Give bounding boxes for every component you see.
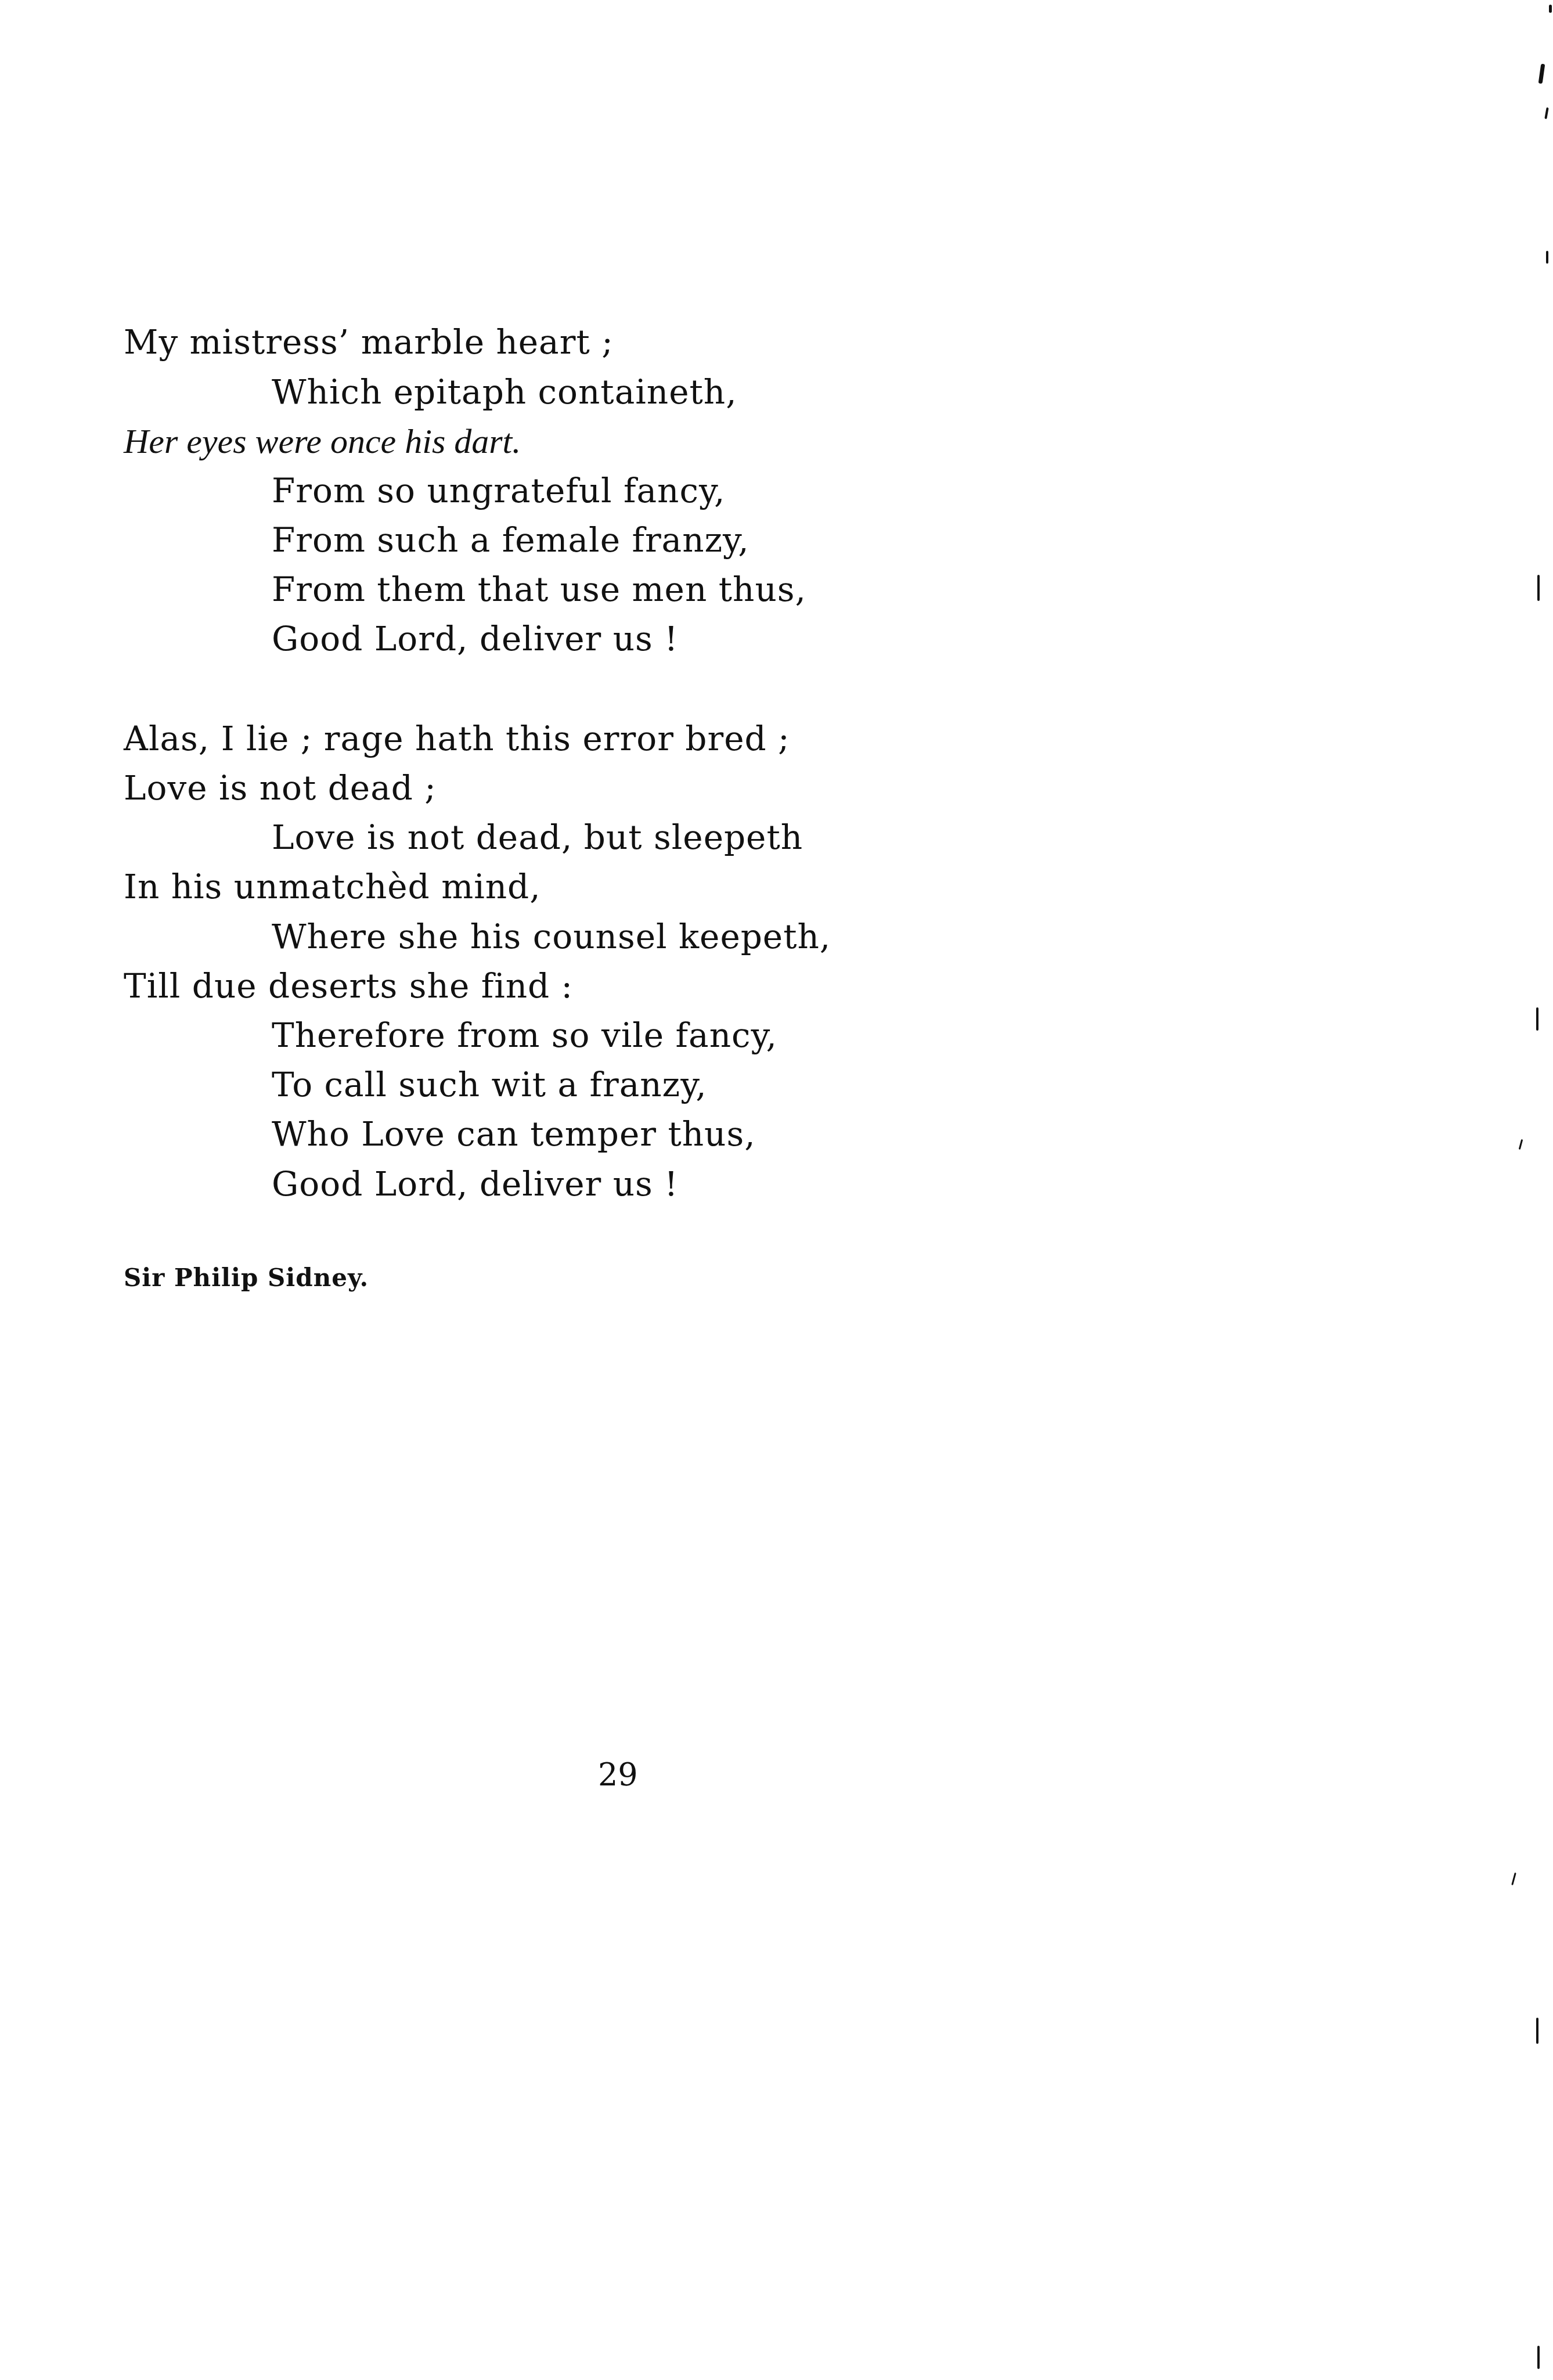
verse-line: Alas, I lie ; rage hath this error bred …	[124, 722, 790, 755]
verse-line: Good Lord, deliver us !	[272, 622, 679, 656]
scan-artifact-mark	[1549, 5, 1552, 13]
verse-line: From them that use men thus,	[272, 573, 806, 606]
verse-line: Where she his counsel keepeth,	[272, 920, 831, 953]
verse-line: My mistress’ marble heart ;	[124, 325, 614, 359]
scan-artifact-mark	[1519, 1139, 1523, 1150]
scan-artifact-mark	[1537, 575, 1540, 601]
verse-line: From such a female franzy,	[272, 523, 750, 557]
scan-artifact-mark	[1544, 107, 1548, 119]
scan-artifact-mark	[1546, 251, 1548, 264]
verse-line: From so ungrateful fancy,	[272, 474, 725, 507]
verse-line: Which epitaph containeth,	[272, 375, 737, 409]
scan-artifact-mark	[1538, 64, 1545, 84]
author-attribution: Sir Philip Sidney.	[124, 1266, 369, 1290]
scan-artifact-mark	[1536, 1007, 1538, 1031]
verse-line: Love is not dead, but sleepeth	[272, 820, 803, 854]
scan-artifact-mark	[1536, 2018, 1538, 2044]
page-number: 29	[598, 1759, 638, 1791]
verse-line-italic: Her eyes were once his dart.	[124, 424, 521, 459]
verse-line: To call such wit a franzy,	[272, 1068, 707, 1101]
verse-line: Love is not dead ;	[124, 771, 437, 805]
book-page: My mistress’ marble heart ; Which epitap…	[0, 0, 1553, 2380]
scan-artifact-mark	[1511, 1873, 1516, 1885]
verse-line: Therefore from so vile fancy,	[272, 1018, 777, 1052]
verse-line: Good Lord, deliver us !	[272, 1167, 679, 1201]
scan-artifact-mark	[1537, 2346, 1540, 2369]
verse-line: Who Love can temper thus,	[272, 1117, 756, 1151]
verse-line: Till due deserts she find :	[124, 969, 573, 1003]
verse-line: In his unmatchèd mind,	[124, 870, 541, 903]
